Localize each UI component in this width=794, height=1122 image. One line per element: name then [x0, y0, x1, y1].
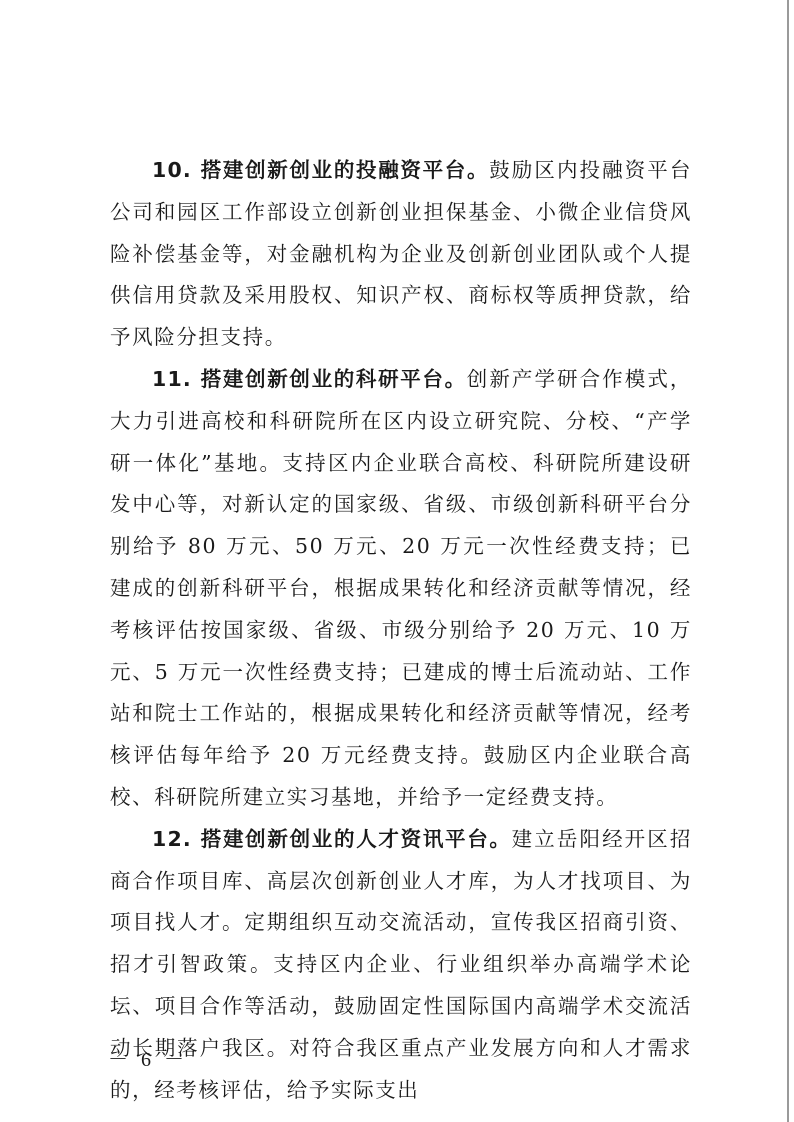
paragraph-heading: 11. 搭建创新创业的科研平台。 [152, 367, 467, 391]
page-number: － 6 － [108, 1043, 188, 1072]
paragraph-text: 鼓励区内投融资平台公司和园区工作部设立创新创业担保基金、小微企业信贷风险补偿基金… [110, 158, 692, 349]
paragraph-research-platform: 11. 搭建创新创业的科研平台。创新产学研合作模式，大力引进高校和科研院所在区内… [110, 359, 692, 819]
paragraph-text: 建立岳阳经开区招商合作项目库、高层次创新创业人才库，为人才找项目、为项目找人才。… [110, 827, 692, 1102]
paragraph-text: 创新产学研合作模式，大力引进高校和科研院所在区内设立研究院、分校、“产学研一体化… [110, 367, 692, 809]
paragraph-heading: 10. 搭建创新创业的投融资平台。 [152, 158, 489, 182]
paragraph-talent-platform: 12. 搭建创新创业的人才资讯平台。建立岳阳经开区招商合作项目库、高层次创新创业… [110, 819, 692, 1112]
paragraph-heading: 12. 搭建创新创业的人才资讯平台。 [152, 827, 512, 851]
paragraph-investment-platform: 10. 搭建创新创业的投融资平台。鼓励区内投融资平台公司和园区工作部设立创新创业… [110, 150, 692, 359]
document-body: 10. 搭建创新创业的投融资平台。鼓励区内投融资平台公司和园区工作部设立创新创业… [110, 150, 692, 1111]
scan-border-line [787, 0, 789, 1122]
